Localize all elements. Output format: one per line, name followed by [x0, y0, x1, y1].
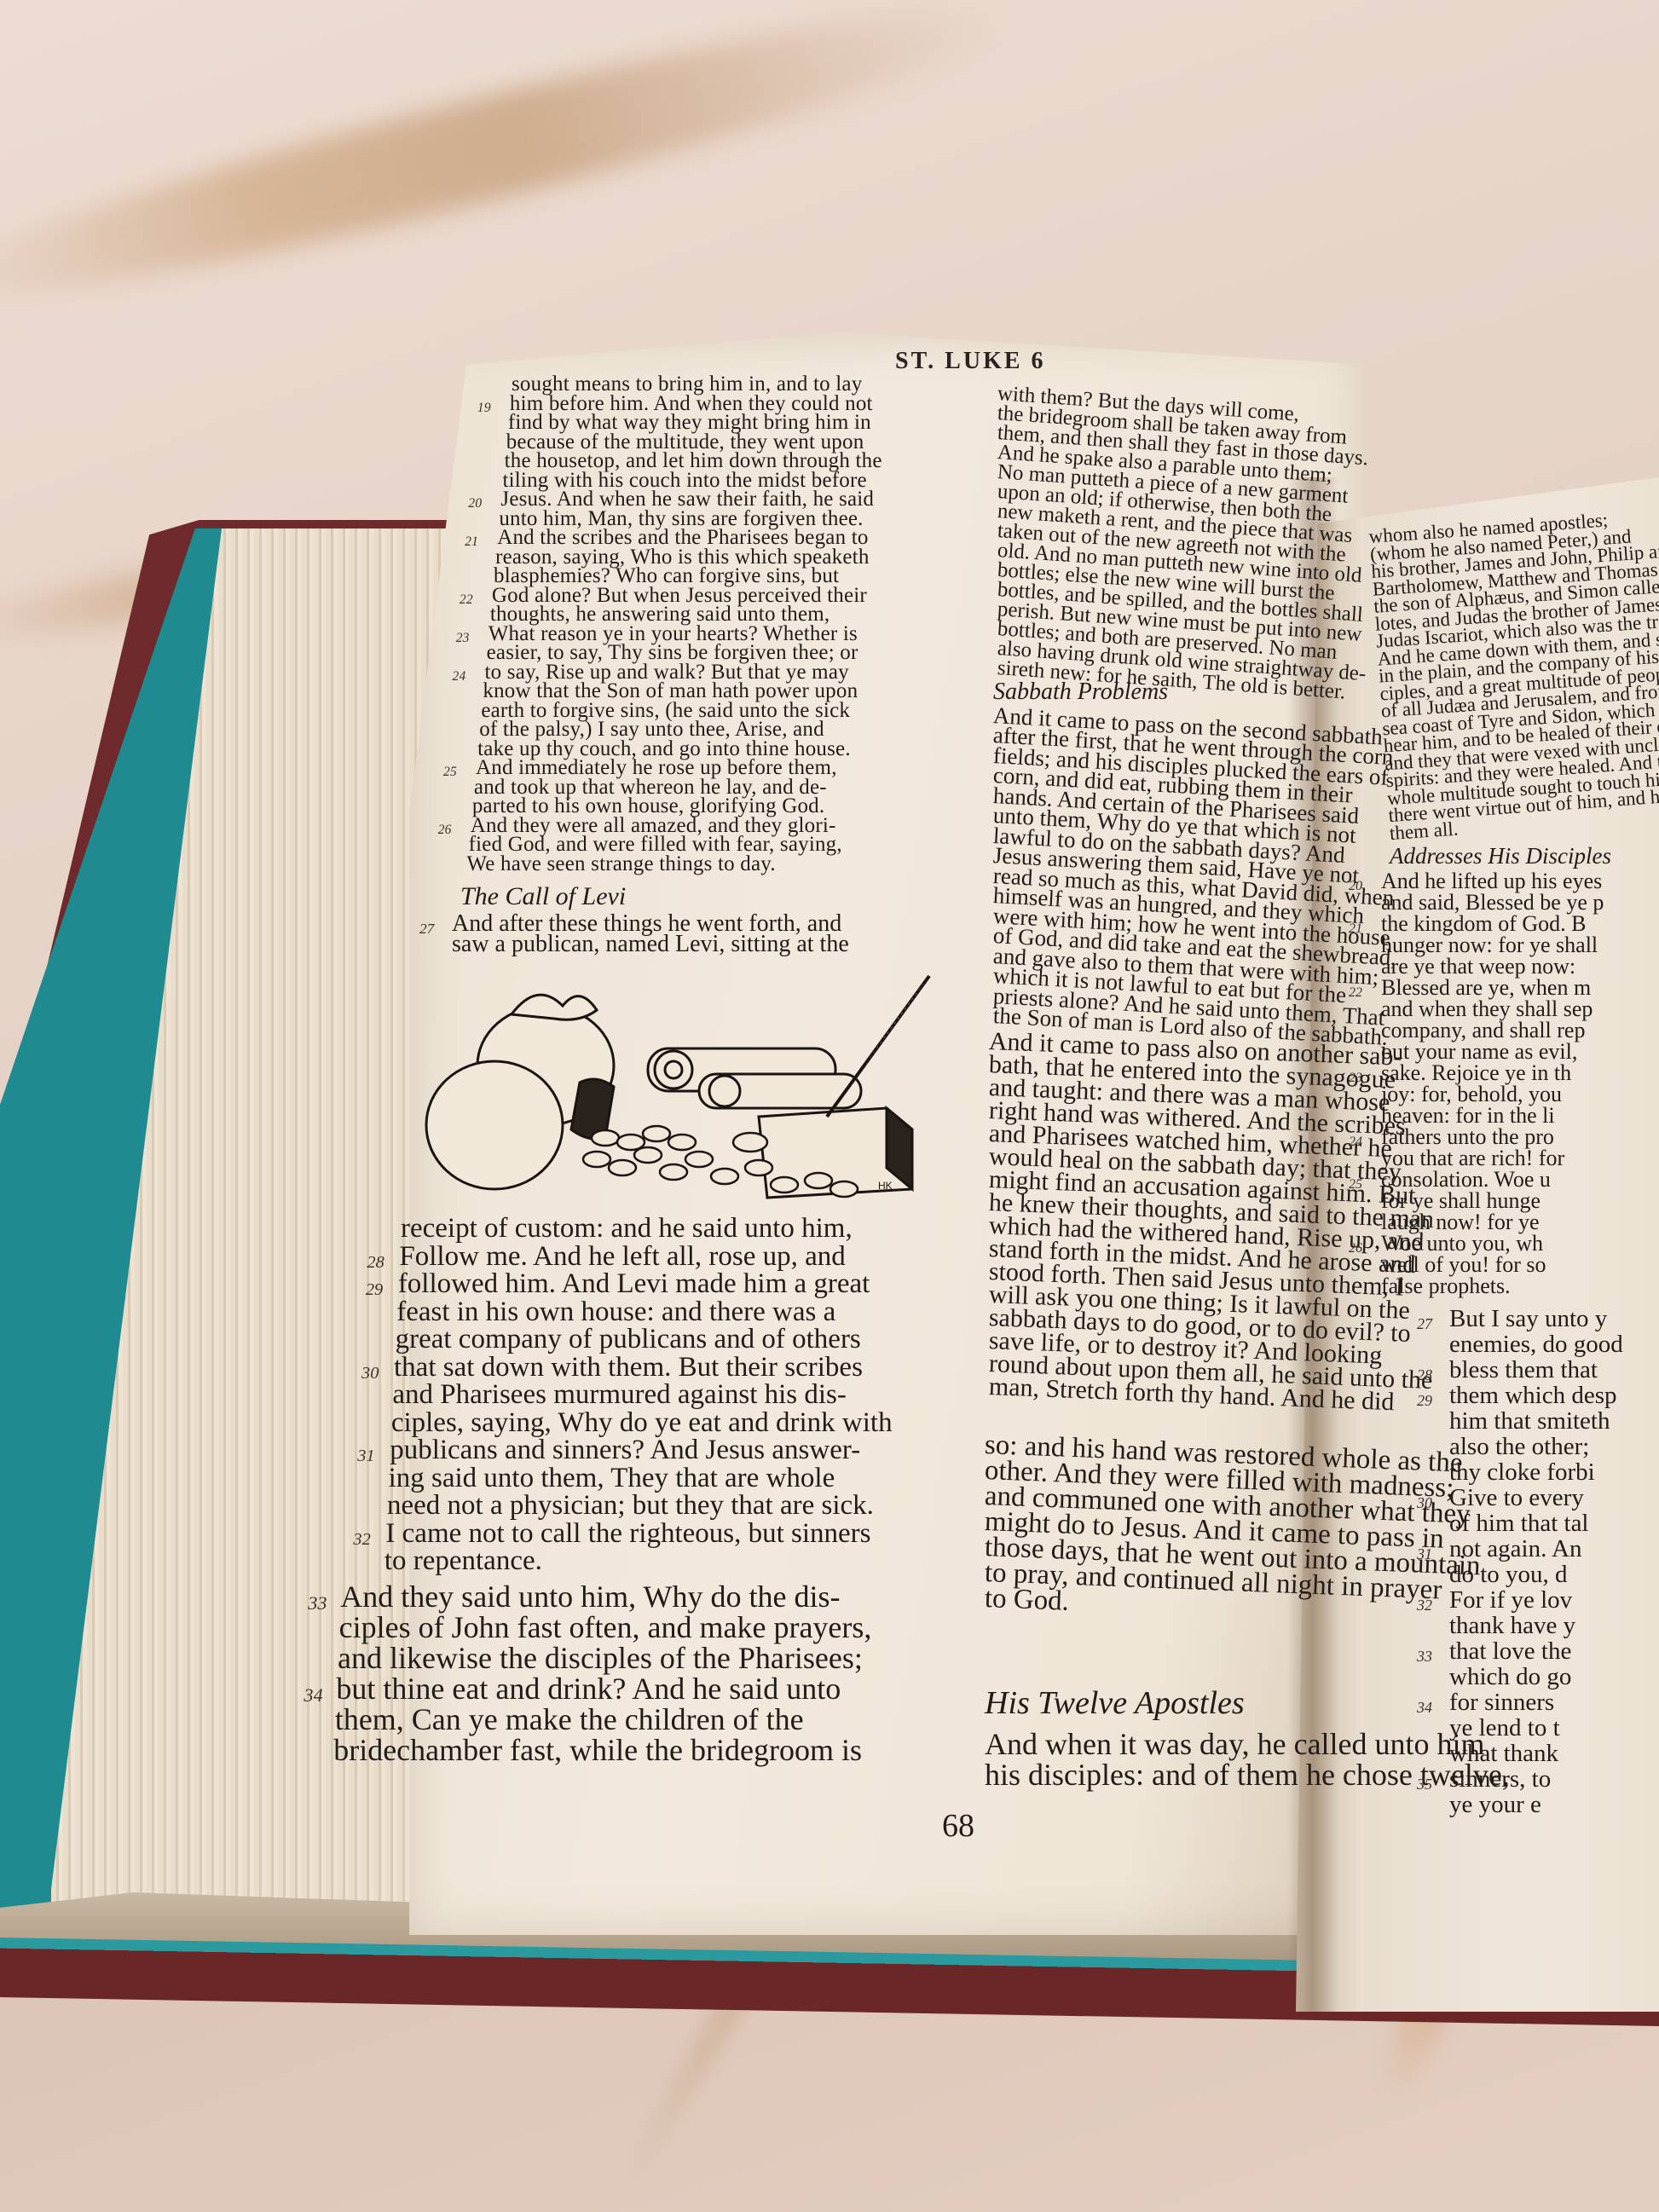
- verse-text: him that smiteth: [1449, 1407, 1610, 1435]
- verse-text: ciples, saying, Why do ye eat and drink …: [391, 1407, 893, 1438]
- verse-text: ye lend to t: [1449, 1714, 1560, 1741]
- verse-number: 27: [1417, 1311, 1432, 1337]
- verse-number: 20: [468, 494, 482, 514]
- verse-number: 30: [1417, 1490, 1432, 1516]
- verse-text: need not a physician; but they that are …: [387, 1490, 874, 1521]
- verse-line: also the other;: [1449, 1434, 1659, 1459]
- left-column-top: sought means to bring him in, and to lay…: [512, 375, 972, 874]
- verse-text: that sat down with them. But their scrib…: [394, 1352, 863, 1383]
- verse-line: and Pharisees murmured against his dis-: [392, 1381, 955, 1409]
- verse-number: 22: [1349, 982, 1362, 1003]
- money-bag-icon: [426, 1061, 563, 1189]
- left-column-bottom: receipt of custom: and he said unto him,…: [401, 1215, 963, 1575]
- left-column-levi: The Call of Levi 27And after these thing…: [452, 887, 955, 955]
- verse-number: 34: [303, 1680, 322, 1711]
- verse-line: 30Give to every: [1449, 1485, 1659, 1510]
- verse-line: and said, Blessed be ye p: [1381, 892, 1659, 913]
- verse-number: 23: [456, 629, 470, 649]
- verse-number: 28: [367, 1249, 384, 1277]
- verse-text: do to you, d: [1449, 1561, 1568, 1588]
- verse-line: 31publicans and sinners? And Jesus answe…: [390, 1436, 952, 1464]
- verse-line: you that are rich! for: [1381, 1147, 1659, 1169]
- right-column-bottom: 27But I say unto yenemies, do good28bles…: [1449, 1306, 1659, 1817]
- verse-line: ye lend to t: [1449, 1715, 1659, 1741]
- verse-text: them which desp: [1449, 1382, 1617, 1409]
- verse-text: and likewise the disciples of the Pharis…: [338, 1641, 863, 1675]
- verse-text: For if ye lov: [1449, 1586, 1572, 1614]
- verse-number: 28: [1417, 1362, 1432, 1388]
- verse-text: of him that tal: [1449, 1510, 1589, 1537]
- verse-text: enemies, do good: [1449, 1331, 1623, 1358]
- verse-line: 30that sat down with them. But their scr…: [394, 1354, 957, 1382]
- verse-line: 22Blessed are ye, when m: [1381, 977, 1659, 998]
- verse-text: ing said unto them, They that are whole: [389, 1463, 835, 1493]
- verse-line: 29them which desp: [1449, 1383, 1659, 1408]
- verse-line: need not a physician; but they that are …: [387, 1492, 950, 1520]
- verse-text: And they said unto him, Why do the dis-: [340, 1580, 840, 1614]
- verse-line: 31not again. An: [1449, 1536, 1659, 1562]
- section-heading-twelve-apostles: His Twelve Apostles: [985, 1688, 1462, 1718]
- verse-number: 33: [1417, 1643, 1432, 1669]
- verse-line: laugh now! for ye: [1381, 1211, 1659, 1233]
- verse-text: We have seen strange things to day.: [467, 852, 776, 875]
- verse-number: 31: [1417, 1541, 1432, 1567]
- verse-text: sinners, to: [1449, 1765, 1551, 1793]
- verse-line: 27But I say unto y: [1449, 1306, 1659, 1331]
- right-column-disciples: Addresses His Disciples 20And he lifted …: [1381, 846, 1659, 1297]
- verse-line: ciples, saying, Why do ye eat and drink …: [391, 1409, 954, 1437]
- verse-line: 24fathers unto the pro: [1381, 1126, 1659, 1147]
- verse-line: him that smiteth: [1449, 1408, 1659, 1434]
- verse-number: 29: [366, 1276, 383, 1304]
- verse-line: them, Can ye make the children of the: [335, 1704, 949, 1735]
- left-column-bottom-2: 33And they said unto him, Why do the dis…: [358, 1581, 972, 1765]
- verse-number: 30: [361, 1360, 379, 1388]
- verse-number: 31: [357, 1442, 374, 1470]
- verse-line: We have seen strange things to day.: [467, 855, 928, 875]
- verse-line: 20And he lifted up his eyes: [1381, 870, 1659, 892]
- verse-line: of him that tal: [1449, 1510, 1659, 1536]
- verse-line: 29followed him. And Levi made him a grea…: [398, 1270, 961, 1298]
- verse-number: 32: [353, 1526, 370, 1554]
- verse-line: joy: for, behold, you: [1381, 1083, 1659, 1105]
- verse-number: 25: [1349, 1174, 1362, 1195]
- verse-line: ye your e: [1449, 1792, 1659, 1817]
- verse-line: out your name as evil,: [1381, 1041, 1659, 1062]
- verse-line: 33that love the: [1449, 1638, 1659, 1664]
- verse-line: 25consolation. Woe u: [1381, 1169, 1659, 1190]
- verse-text: but thine eat and drink? And he said unt…: [336, 1672, 841, 1706]
- verse-line: bridechamber fast, while the bridegroom …: [333, 1735, 947, 1765]
- verse-line: And when it was day, he called unto him: [985, 1729, 1462, 1759]
- verse-number: 21: [1349, 918, 1362, 939]
- verse-number: 21: [465, 533, 478, 552]
- verse-line: 21the kingdom of God. B: [1381, 913, 1659, 934]
- verse-line: what thank: [1449, 1741, 1659, 1766]
- verse-text: great company of publicans and of others: [396, 1324, 861, 1354]
- verse-line: feast in his own house: and there was a: [396, 1298, 959, 1326]
- verse-text: Follow me. And he left all, rose up, and: [399, 1241, 845, 1272]
- verse-text: and Pharisees murmured against his dis-: [392, 1379, 846, 1410]
- middle-column-sabbath: Sabbath Problems And it came to pass on …: [993, 682, 1368, 1026]
- middle-column-top: with them? But the days will come,the br…: [997, 384, 1373, 678]
- middle-column-withered-hand: And it came to pass also on another sab-…: [989, 1030, 1398, 1398]
- verse-text: for sinners: [1449, 1689, 1554, 1716]
- verse-line: his disciples: and of them he chose twel…: [985, 1759, 1462, 1790]
- verse-line: 32For if ye lov: [1449, 1587, 1659, 1613]
- verse-text: I came not to call the righteous, but si…: [385, 1518, 870, 1549]
- verse-line: to repentance.: [384, 1547, 947, 1575]
- verse-line: saw a publican, named Levi, sitting at t…: [452, 934, 955, 955]
- middle-column-prayer: so: and his hand was restored whole as t…: [985, 1432, 1462, 1611]
- section-heading-sabbath-problems: Sabbath Problems: [993, 682, 1368, 702]
- verse-line: 23sake. Rejoice ye in th: [1381, 1062, 1659, 1083]
- verse-line: company, and shall rep: [1381, 1019, 1659, 1041]
- verse-number: 27: [419, 919, 434, 939]
- marble-vein: [0, 0, 1019, 337]
- middle-column-apostles: His Twelve Apostles And when it was day,…: [985, 1688, 1462, 1790]
- verse-text: to repentance.: [384, 1545, 542, 1576]
- verse-line: great company of publicans and of others: [396, 1325, 958, 1354]
- verse-text: feast in his own house: and there was a: [396, 1297, 835, 1327]
- illustration-money-bags-scroll-quill: HK: [418, 963, 946, 1202]
- right-column-top: whom also he named apostles;(whom he als…: [1368, 508, 1659, 843]
- verse-line: 34but thine eat and drink? And he said u…: [336, 1673, 950, 1704]
- verse-number: 20: [1349, 875, 1362, 897]
- section-heading-addresses-disciples: Addresses His Disciples: [1390, 846, 1659, 867]
- verse-number: 32: [1417, 1592, 1432, 1618]
- verse-number: 24: [1349, 1131, 1362, 1152]
- verse-line: do to you, d: [1449, 1562, 1659, 1587]
- verse-text: which do go: [1449, 1663, 1571, 1690]
- verse-line: hunger now: for ye shall: [1381, 934, 1659, 956]
- verse-number: 29: [1417, 1388, 1432, 1413]
- verse-text: followed him. And Levi made him a great: [398, 1268, 870, 1299]
- verse-text: what thank: [1449, 1740, 1558, 1767]
- verse-line: 35sinners, to: [1449, 1766, 1659, 1792]
- verse-number: 26: [1349, 1238, 1362, 1259]
- verse-line: well of you! for so: [1381, 1254, 1659, 1275]
- verse-text: also the other;: [1449, 1433, 1589, 1460]
- verse-line: 32I came not to call the righteous, but …: [385, 1520, 948, 1548]
- section-heading-call-of-levi: The Call of Levi: [460, 887, 955, 907]
- verse-number: 23: [1349, 1067, 1362, 1089]
- verse-line: and when they shall sep: [1381, 998, 1659, 1019]
- verse-number: 26: [438, 821, 452, 840]
- verse-line: enemies, do good: [1449, 1331, 1659, 1357]
- verse-line: 26Woe unto you, wh: [1381, 1233, 1659, 1254]
- verse-text: receipt of custom: and he said unto him,: [401, 1213, 853, 1244]
- verse-line: 28bless them that: [1449, 1357, 1659, 1383]
- verse-line: 28Follow me. And he left all, rose up, a…: [399, 1243, 962, 1271]
- verse-text: thy cloke forbi: [1449, 1458, 1595, 1486]
- verse-text: not again. An: [1449, 1535, 1581, 1562]
- verse-line: are ye that weep now:: [1381, 956, 1659, 977]
- verse-line: false prophets.: [1381, 1275, 1659, 1297]
- verse-text: saw a publican, named Levi, sitting at t…: [452, 931, 849, 957]
- verse-line: thank have y: [1449, 1613, 1659, 1638]
- verse-text: them, Can ye make the children of the: [335, 1702, 804, 1736]
- verse-line: receipt of custom: and he said unto him,: [401, 1215, 963, 1243]
- verse-line: 33And they said unto him, Why do the dis…: [340, 1581, 954, 1612]
- verse-text: But I say unto y: [1449, 1305, 1607, 1332]
- verse-text: publicans and sinners? And Jesus answer-: [390, 1435, 860, 1465]
- verse-line: and likewise the disciples of the Pharis…: [338, 1643, 951, 1673]
- verse-number: 25: [443, 763, 457, 783]
- verse-text: thank have y: [1449, 1612, 1575, 1639]
- verse-text: ye your e: [1449, 1791, 1541, 1818]
- verse-text: false prophets.: [1381, 1273, 1511, 1298]
- running-head: ST. LUKE 6: [895, 348, 1046, 375]
- verse-text: ciples of John fast often, and make pray…: [339, 1610, 872, 1644]
- verse-line: ciples of John fast often, and make pray…: [339, 1612, 953, 1643]
- verse-line: 34for sinners: [1449, 1689, 1659, 1715]
- verse-text: Give to every: [1449, 1484, 1584, 1511]
- verse-number: 33: [308, 1588, 327, 1619]
- verse-number: 19: [477, 399, 491, 419]
- svg-text:HK: HK: [878, 1180, 893, 1192]
- verse-number: 24: [453, 667, 466, 687]
- verse-number: 34: [1417, 1695, 1432, 1720]
- verse-line: for ye shall hunge: [1381, 1190, 1659, 1211]
- verse-number: 22: [460, 591, 473, 610]
- verse-text: that love the: [1449, 1637, 1571, 1665]
- verse-line: thy cloke forbi: [1449, 1459, 1659, 1485]
- verse-text: bridechamber fast, while the bridegroom …: [333, 1733, 862, 1767]
- verse-number: 35: [1417, 1771, 1432, 1797]
- verse-line: heaven: for in the li: [1381, 1105, 1659, 1126]
- verse-text: bless them that: [1449, 1356, 1598, 1383]
- verse-line: ing said unto them, They that are whole: [389, 1464, 951, 1493]
- verse-line: which do go: [1449, 1664, 1659, 1689]
- page-number: 68: [942, 1807, 974, 1845]
